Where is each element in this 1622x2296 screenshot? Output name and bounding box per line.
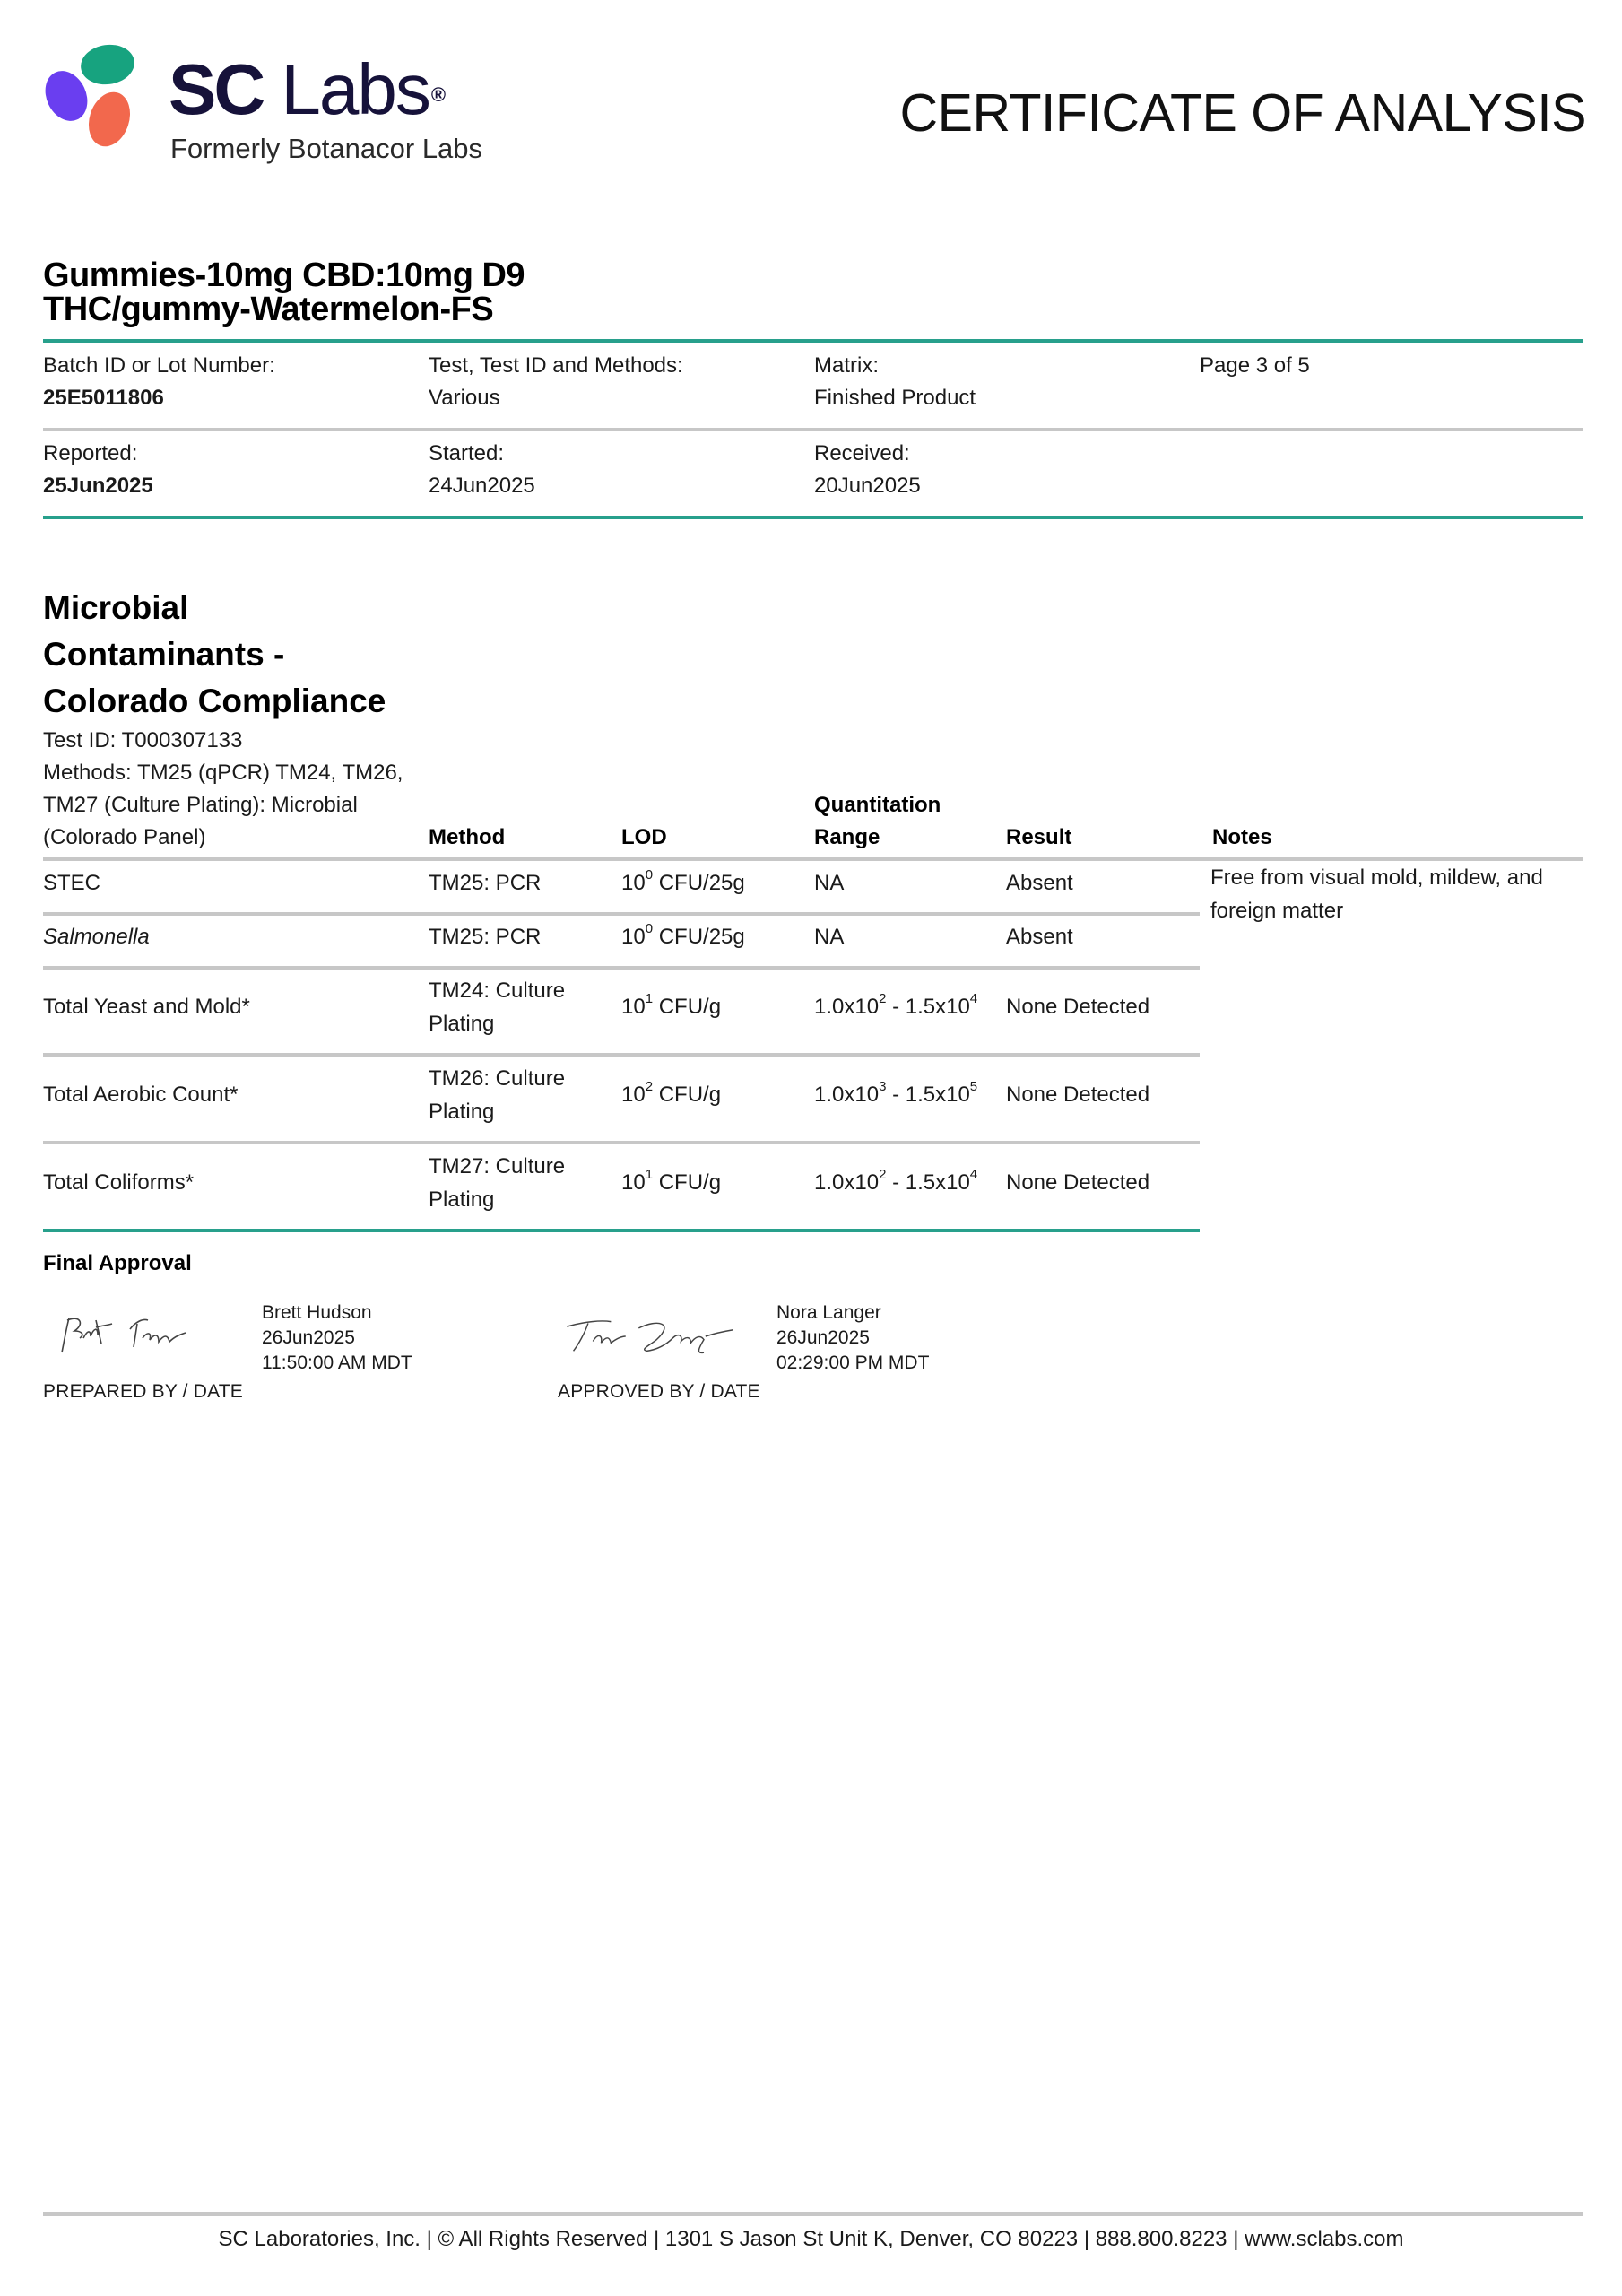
lod-unit: CFU/g [653, 1083, 721, 1107]
quantitation-range: 1.0x103 - 1.5x105 [814, 1079, 977, 1111]
table-end-divider [43, 1229, 1200, 1232]
batch-id-field: Batch ID or Lot Number: 25E5011806 [43, 350, 275, 414]
matrix-value: Finished Product [814, 382, 976, 414]
lod: 101 CFU/g [621, 991, 721, 1023]
method-line2: Plating [429, 1184, 494, 1216]
test-methods-value: Various [429, 382, 683, 414]
sc-labs-logo: SC Labs® Formerly Botanacor Labs [45, 43, 511, 169]
result: None Detected [1006, 1079, 1149, 1111]
analyte-name: Total Aerobic Count* [43, 1079, 238, 1111]
product-title-line2: THC/gummy-Watermelon-FS [43, 292, 760, 326]
row-divider [43, 1141, 1200, 1144]
logo-mark-icon [45, 43, 143, 151]
brand-primary: SC [169, 49, 263, 129]
range-low-exponent: 3 [879, 1079, 886, 1094]
range-high-exponent: 5 [970, 1079, 977, 1094]
result: None Detected [1006, 1167, 1149, 1199]
test-methods-field: Test, Test ID and Methods: Various [429, 350, 683, 414]
row-divider [43, 912, 1200, 916]
section-title: Microbial Contaminants - Colorado Compli… [43, 585, 420, 725]
page-indicator: Page 3 of 5 [1200, 350, 1310, 382]
notes-text: Free from visual mold, mildew, and forei… [1210, 861, 1587, 927]
range-low-exponent: 2 [879, 991, 886, 1006]
document-title: CERTIFICATE OF ANALYSIS [900, 83, 1587, 143]
lod-unit: CFU/g [653, 995, 721, 1019]
logo-orange-blob [82, 87, 136, 152]
row-divider [43, 1053, 1200, 1057]
received-value: 20Jun2025 [814, 470, 921, 502]
section-title-line2: Contaminants - [43, 631, 420, 678]
prepared-by-date: 26Jun2025 [262, 1326, 412, 1351]
approved-by-name: Nora Langer [776, 1300, 929, 1326]
result: Absent [1006, 921, 1073, 953]
divider-top [43, 339, 1583, 343]
prepared-by-label: PREPARED BY / DATE [43, 1381, 243, 1403]
page-number: Page 3 of 5 [1200, 350, 1310, 382]
range-separator: - [886, 1083, 905, 1107]
range-separator: - [886, 995, 905, 1019]
column-header-range-line1: Quantitation [814, 789, 941, 822]
lod-exponent: 1 [646, 991, 653, 1006]
reported-field: Reported: 25Jun2025 [43, 438, 153, 502]
result: Absent [1006, 867, 1073, 900]
prepared-by-details: Brett Hudson 26Jun2025 11:50:00 AM MDT [262, 1300, 412, 1376]
prepared-by-name: Brett Hudson [262, 1300, 412, 1326]
lod-base: 10 [621, 1083, 646, 1107]
section-meta: Test ID: T000307133 Methods: TM25 (qPCR)… [43, 725, 438, 854]
received-label: Received: [814, 438, 921, 470]
reported-label: Reported: [43, 438, 153, 470]
range-separator: - [886, 1170, 905, 1195]
received-field: Received: 20Jun2025 [814, 438, 921, 502]
test-methods-label: Test, Test ID and Methods: [429, 350, 683, 382]
started-field: Started: 24Jun2025 [429, 438, 535, 502]
lod-unit: CFU/25g [653, 925, 745, 949]
range-low-exponent: 2 [879, 1167, 886, 1182]
range-low-base: 1.0x10 [814, 1170, 879, 1195]
reported-value: 25Jun2025 [43, 470, 153, 502]
divider-middle [43, 428, 1583, 431]
lod-base: 10 [621, 925, 646, 949]
method-line1: TM26: Culture [429, 1063, 565, 1095]
approved-signature [560, 1309, 740, 1363]
row-divider [43, 966, 1200, 970]
prepared-by-time: 11:50:00 AM MDT [262, 1351, 412, 1376]
started-label: Started: [429, 438, 535, 470]
methods-line3: (Colorado Panel) [43, 822, 438, 854]
method-line2: Plating [429, 1096, 494, 1128]
registered-mark: ® [431, 83, 444, 106]
divider-bottom [43, 516, 1583, 519]
method-line1: TM24: Culture [429, 975, 565, 1007]
quantitation-range: NA [814, 867, 844, 900]
column-header-result: Result [1006, 822, 1071, 854]
approved-by-date: 26Jun2025 [776, 1326, 929, 1351]
lod-exponent: 0 [646, 867, 653, 883]
lod-base: 10 [621, 1170, 646, 1195]
column-header-method: Method [429, 822, 505, 854]
column-header-notes: Notes [1212, 822, 1272, 854]
prepared-signature [49, 1308, 229, 1361]
matrix-field: Matrix: Finished Product [814, 350, 976, 414]
analyte-name: Total Yeast and Mold* [43, 991, 250, 1023]
started-value: 24Jun2025 [429, 470, 535, 502]
range-low-base: 1.0x10 [814, 1083, 879, 1107]
range-high-exponent: 4 [970, 991, 977, 1006]
quantitation-range: NA [814, 921, 844, 953]
method: TM25: PCR [429, 867, 541, 900]
method-line1: TM27: Culture [429, 1151, 565, 1183]
lod-base: 10 [621, 995, 646, 1019]
approved-by-time: 02:29:00 PM MDT [776, 1351, 929, 1376]
signature-icon [560, 1309, 740, 1363]
range-high-base: 1.5x10 [906, 1083, 970, 1107]
section-title-line1: Microbial [43, 585, 420, 631]
analyte-name: Total Coliforms* [43, 1167, 194, 1199]
approved-by-details: Nora Langer 26Jun2025 02:29:00 PM MDT [776, 1300, 929, 1376]
result: None Detected [1006, 991, 1149, 1023]
range-high-exponent: 4 [970, 1167, 977, 1182]
final-approval-title: Final Approval [43, 1251, 192, 1276]
lod-unit: CFU/g [653, 1170, 721, 1195]
lod-base: 10 [621, 871, 646, 895]
product-title: Gummies-10mg CBD:10mg D9 THC/gummy-Water… [43, 258, 760, 326]
brand-subtitle: Formerly Botanacor Labs [170, 133, 482, 165]
matrix-label: Matrix: [814, 350, 976, 382]
lod: 100 CFU/25g [621, 921, 745, 953]
logo-green-blob [78, 41, 137, 88]
product-title-line1: Gummies-10mg CBD:10mg D9 [43, 258, 760, 292]
batch-id-label: Batch ID or Lot Number: [43, 350, 275, 382]
column-header-range-line2: Range [814, 822, 880, 854]
lod-exponent: 2 [646, 1079, 653, 1094]
logo-wordmark: SC Labs® [169, 54, 444, 126]
section-title-line3: Colorado Compliance [43, 678, 420, 725]
lod: 102 CFU/g [621, 1079, 721, 1111]
lod-unit: CFU/25g [653, 871, 745, 895]
brand-secondary: Labs [281, 49, 429, 129]
range-high-base: 1.5x10 [906, 1170, 970, 1195]
methods-line1: Methods: TM25 (qPCR) TM24, TM26, [43, 757, 438, 789]
approved-by-label: APPROVED BY / DATE [558, 1381, 760, 1403]
analyte-name: Salmonella [43, 921, 150, 953]
range-low-base: 1.0x10 [814, 995, 879, 1019]
signature-icon [49, 1308, 229, 1361]
analyte-name: STEC [43, 867, 100, 900]
range-high-base: 1.5x10 [906, 995, 970, 1019]
method: TM25: PCR [429, 921, 541, 953]
method-line2: Plating [429, 1008, 494, 1040]
footer-text: SC Laboratories, Inc. | © All Rights Res… [0, 2227, 1622, 2252]
lod-exponent: 1 [646, 1167, 653, 1182]
footer-divider [43, 2212, 1583, 2216]
quantitation-range: 1.0x102 - 1.5x104 [814, 991, 977, 1023]
batch-id-value: 25E5011806 [43, 382, 275, 414]
methods-line2: TM27 (Culture Plating): Microbial [43, 789, 438, 822]
column-header-lod: LOD [621, 822, 667, 854]
quantitation-range: 1.0x102 - 1.5x104 [814, 1167, 977, 1199]
lod: 101 CFU/g [621, 1167, 721, 1199]
lod-exponent: 0 [646, 921, 653, 936]
test-id: Test ID: T000307133 [43, 725, 438, 757]
lod: 100 CFU/25g [621, 867, 745, 900]
